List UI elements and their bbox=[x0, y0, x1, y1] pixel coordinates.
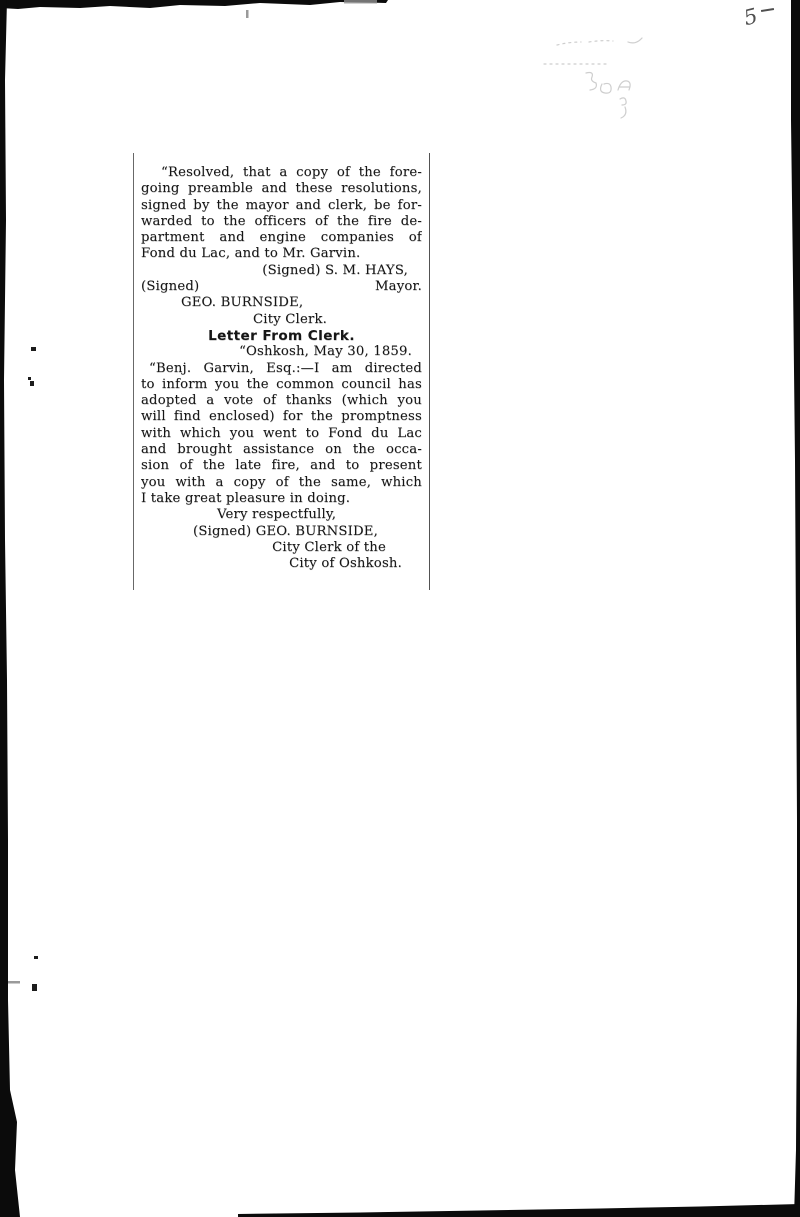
clipping-line: signed by the mayor and clerk, be for- bbox=[141, 198, 422, 214]
mayor-label: Mayor. bbox=[375, 279, 422, 295]
clipping-dateline: “Oshkosh, May 30, 1859. bbox=[141, 344, 422, 360]
clipping-line: Fond du Lac, and to Mr. Garvin. bbox=[141, 246, 422, 262]
clipping-line: “Resolved, that a copy of the fore- bbox=[141, 165, 422, 181]
page-number-dash bbox=[761, 8, 774, 12]
clipping-line: “Benj. Garvin, Esq.:—I am directed bbox=[141, 361, 422, 377]
scanned-page: 5 “Resolved, that a copy of the fore- go… bbox=[0, 0, 800, 1217]
torn-edge-bottom bbox=[238, 1204, 800, 1217]
clipping-line: I take great pleasure in doing. bbox=[141, 491, 422, 507]
newspaper-clipping: “Resolved, that a copy of the fore- goin… bbox=[133, 153, 430, 590]
clipping-line-signed-mayor: (Signed) Mayor. bbox=[141, 279, 422, 295]
clipping-line: you with a copy of the same, which bbox=[141, 475, 422, 491]
torn-edge-top bbox=[0, 0, 388, 9]
clipping-line-signature-burnside-2: (Signed) GEO. BURNSIDE, bbox=[141, 524, 422, 540]
clipping-line: sion of the late fire, and to present bbox=[141, 458, 422, 474]
clipping-line: adopted a vote of thanks (which you bbox=[141, 393, 422, 409]
clipping-line-signature-hays: (Signed) S. M. HAYS, bbox=[141, 263, 422, 279]
page-number-text: 5 bbox=[741, 4, 760, 31]
clipping-line: with which you went to Fond du Lac bbox=[141, 426, 422, 442]
clipping-line-valediction: Very respectfully, bbox=[141, 507, 422, 523]
handwritten-page-number: 5 bbox=[744, 5, 778, 35]
clipping-line: will find enclosed) for the promptness bbox=[141, 409, 422, 425]
clipping-line-signature-burnside: GEO. BURNSIDE, bbox=[141, 295, 422, 311]
clipping-line: going preamble and these resolutions, bbox=[141, 181, 422, 197]
clipping-line: and brought assistance on the occa- bbox=[141, 442, 422, 458]
clipping-line: warded to the officers of the fire de- bbox=[141, 214, 422, 230]
clipping-line: to inform you the common council has bbox=[141, 377, 422, 393]
torn-edge-left bbox=[0, 0, 20, 1217]
clipping-line: partment and engine companies of bbox=[141, 230, 422, 246]
clipping-line: City Clerk of the bbox=[141, 540, 422, 556]
torn-edge-right bbox=[791, 0, 800, 1217]
clipping-line: City of Oshkosh. bbox=[141, 556, 422, 572]
clipping-line: City Clerk. bbox=[141, 312, 422, 328]
clipping-heading-letter-from-clerk: Letter From Clerk. bbox=[141, 328, 422, 344]
signed-label: (Signed) bbox=[141, 279, 199, 295]
torn-edge-top-gray bbox=[344, 0, 377, 4]
pencil-smudge bbox=[544, 38, 642, 118]
